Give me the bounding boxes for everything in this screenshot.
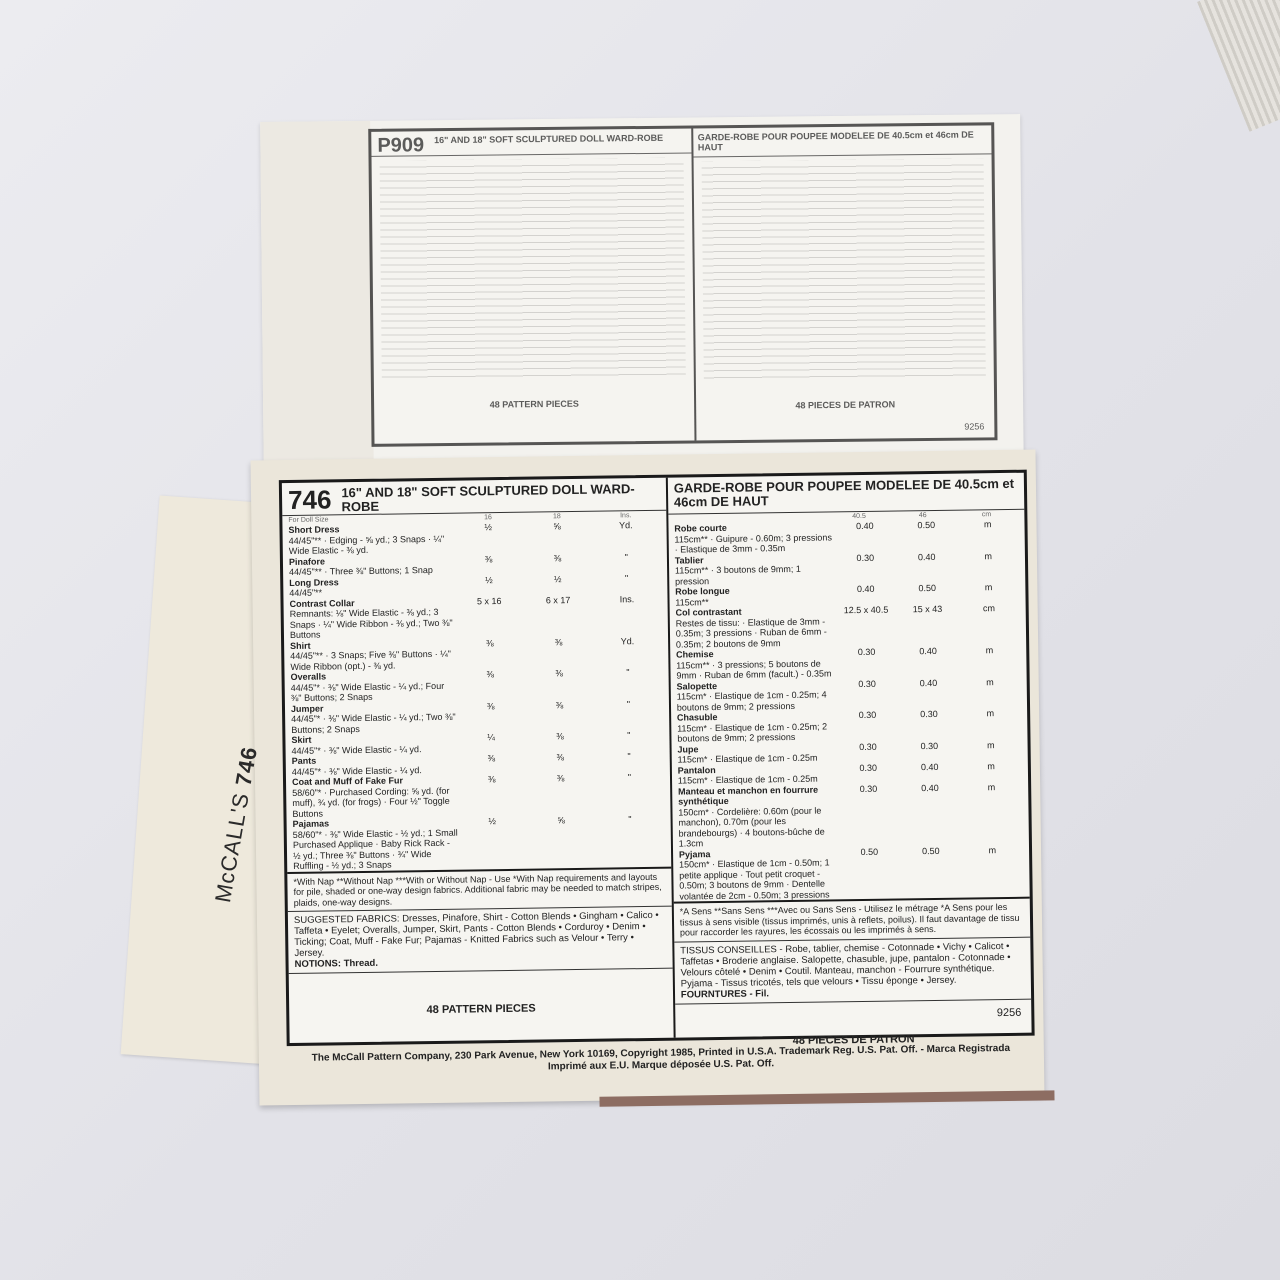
size-2-value: 15 x 43 xyxy=(897,604,959,647)
back-blurred-rows xyxy=(380,158,687,381)
yardage-row: Col contrastantRestes de tissu: · Elasti… xyxy=(675,603,1020,650)
size-1-value: ¼ xyxy=(457,732,526,754)
row-description: Robe courte115cm** · Guipure - 0.60m; 3 … xyxy=(674,521,834,555)
fr-header-46: 46 xyxy=(891,512,955,520)
size-1-value: ⅜ xyxy=(457,774,526,817)
fr-header-40-5: 40.5 xyxy=(827,513,891,521)
back-french-pieces: 48 PIECES DE PATRON xyxy=(696,398,994,411)
suggested-fabrics: SUGGESTED FABRICS: Dresses, Pinafore, Sh… xyxy=(288,906,673,974)
french-yardage-rows: Robe courte115cm** · Guipure - 0.60m; 3 … xyxy=(668,519,1029,902)
fr-header-unit: cm xyxy=(955,511,1019,519)
yardage-row: Shirt44/45"** · 3 Snaps; Five ⅜" Buttons… xyxy=(290,635,662,672)
envelope-flap xyxy=(260,121,374,472)
garment-detail: 150cm* · Elastique de 1cm - 0.50m; 1 pet… xyxy=(679,857,830,901)
nap-notes: *With Nap **Without Nap ***With or Witho… xyxy=(287,866,671,911)
back-instruction-sheet: P909 16" AND 18" SOFT SCULPTURED DOLL WA… xyxy=(368,122,997,447)
size-1-value: 12.5 x 40.5 xyxy=(835,605,897,648)
garment-detail: 44/45"** · Edging - ⅝ yd.; 3 Snaps · ¼" … xyxy=(289,533,445,556)
suggested-fabrics-text: SUGGESTED FABRICS: Dresses, Pinafore, Sh… xyxy=(294,910,659,959)
garment-detail: Restes de tissu: · Elastique de 3mm - 0.… xyxy=(676,616,827,649)
size-2-value: 0.40 xyxy=(899,782,961,846)
row-description: Manteau et manchon en fourrure synthétiq… xyxy=(678,784,839,849)
unit: Yd. xyxy=(591,520,660,552)
row-description: Pinafore44/45"** · Three ⅜" Buttons; 1 S… xyxy=(289,554,455,577)
yardage-row: Robe courte115cm** · Guipure - 0.60m; 3 … xyxy=(674,519,1019,555)
row-description: Salopette115cm* · Elastique de 1cm - 0.2… xyxy=(676,679,836,713)
french-notions: FOURNTURES - Fil. xyxy=(681,988,769,1000)
row-description: Contrast CollarRemnants: ⅛" Wide Elastic… xyxy=(289,596,455,640)
english-column: 746 16" AND 18" SOFT SCULPTURED DOLL WAR… xyxy=(282,478,676,1043)
front-pattern-envelope: 746 16" AND 18" SOFT SCULPTURED DOLL WAR… xyxy=(251,450,1045,1106)
size-2-value: 0.40 xyxy=(897,646,959,678)
row-description: Chasuble115cm* · Elastique de 1cm - 0.25… xyxy=(677,710,837,744)
row-description: Pyjama150cm* · Elastique de 1cm - 0.50m;… xyxy=(679,847,839,902)
size-2-value: ⅜ xyxy=(526,752,595,774)
unit: " xyxy=(594,698,663,730)
garment-detail: 44/45"* · ⅜" Wide Elastic - ¼ yd.; Four … xyxy=(291,680,445,703)
pattern-title: 16" AND 18" SOFT SCULPTURED DOLL WARD-RO… xyxy=(341,482,660,514)
garment-detail: 115cm* · Elastique de 1cm - 0.25m; 2 bou… xyxy=(677,721,827,744)
size-2-value: 0.50 xyxy=(895,520,957,552)
row-description: Long Dress44/45"** xyxy=(289,575,455,598)
yardage-row: Chasuble115cm* · Elastique de 1cm - 0.25… xyxy=(677,708,1022,744)
garment-detail: 44/45"* · ⅜" Wide Elastic - ¼ yd.; Two ⅜… xyxy=(291,712,456,735)
unit: Ins. xyxy=(592,593,661,636)
yardage-row: Pajamas58/60"* · ⅜" Wide Elastic - ½ yd.… xyxy=(293,814,666,872)
pattern-header: 746 16" AND 18" SOFT SCULPTURED DOLL WAR… xyxy=(282,478,666,516)
size-1-value: 0.50 xyxy=(839,846,901,899)
size-1-value: 5 x 16 xyxy=(455,595,524,638)
size-1-value: 0.30 xyxy=(837,762,899,784)
header-18: 18 xyxy=(522,513,591,521)
row-description: Jumper44/45"* · ⅜" Wide Elastic - ¼ yd.;… xyxy=(291,701,457,735)
back-english-column: P909 16" AND 18" SOFT SCULPTURED DOLL WA… xyxy=(371,128,697,443)
row-description: Chemise115cm** · 3 pressions; 5 boutons … xyxy=(676,647,836,681)
row-description: Short Dress44/45"** · Edging - ⅝ yd.; 3 … xyxy=(288,523,454,557)
size-1-value: 0.30 xyxy=(837,709,899,741)
size-2-value: 0.40 xyxy=(899,761,961,783)
row-description: Pajamas58/60"* · ⅜" Wide Elastic - ½ yd.… xyxy=(293,817,459,872)
notions: NOTIONS: Thread. xyxy=(294,958,378,970)
size-2-value: ⅝ xyxy=(523,521,592,553)
yardage-row: Pyjama150cm* · Elastique de 1cm - 0.50m;… xyxy=(679,844,1024,901)
size-2-value: ⅜ xyxy=(525,731,594,753)
unit: " xyxy=(592,572,661,594)
unit: Yd. xyxy=(593,635,662,667)
back-code: 9256 xyxy=(964,421,984,431)
row-description: Jupe115cm* · Elastique de 1cm - 0.25m xyxy=(677,742,837,765)
size-2-value: ⅜ xyxy=(526,773,595,816)
back-pattern-number: P909 xyxy=(377,135,424,155)
size-1-value: 0.30 xyxy=(838,783,900,847)
size-1-value: ½ xyxy=(458,816,528,869)
back-french-title: GARDE-ROBE POUR POUPEE MODELEE DE 40.5cm… xyxy=(694,125,992,157)
size-2-value: 0.50 xyxy=(900,845,962,898)
size-1-value: ⅜ xyxy=(456,700,525,732)
size-2-value: 0.30 xyxy=(898,709,960,741)
header-16: 16 xyxy=(454,514,523,522)
size-1-value: ⅜ xyxy=(455,637,524,669)
unit: m xyxy=(960,760,1022,782)
garment-detail: 150cm* · Cordelière: 0.60m (pour le manc… xyxy=(678,805,825,848)
garment-detail: 58/60"* · Purchased Cording: ⅝ yd. (for … xyxy=(292,785,450,818)
yardage-row: Short Dress44/45"** · Edging - ⅝ yd.; 3 … xyxy=(288,520,660,557)
pattern-code: 9256 xyxy=(997,1007,1022,1019)
size-2-value: ⅜ xyxy=(524,636,593,668)
unit: " xyxy=(592,551,661,573)
size-1-value: ⅜ xyxy=(457,753,526,775)
unit: m xyxy=(957,550,1019,582)
row-description: Overalls44/45"* · ⅜" Wide Elastic - ¼ yd… xyxy=(290,670,456,704)
pattern-number: 746 xyxy=(288,486,332,513)
garment-name: Manteau et manchon en fourrure synthétiq… xyxy=(678,784,838,807)
pattern-pieces: 48 PATTERN PIECES xyxy=(289,1001,673,1018)
yardage-row: Salopette115cm* · Elastique de 1cm - 0.2… xyxy=(676,676,1021,712)
size-2-value: ½ xyxy=(523,573,592,595)
garment-name: Long Dress xyxy=(289,575,454,588)
unit: " xyxy=(593,667,662,699)
size-2-value: 0.50 xyxy=(896,583,958,605)
garment-detail: 115cm** · 3 pressions; 5 boutons de 9mm … xyxy=(676,658,831,681)
yardage-row: Tablier115cm** · 3 boutons de 9mm; 1 pre… xyxy=(675,550,1020,586)
size-1-value: 0.30 xyxy=(834,552,896,584)
unit: cm xyxy=(958,603,1020,646)
row-description: Col contrastantRestes de tissu: · Elasti… xyxy=(675,605,835,649)
garment-detail: Remnants: ⅛" Wide Elastic - ⅜ yd.; 3 Sna… xyxy=(290,607,453,640)
size-2-value: 0.40 xyxy=(896,551,958,583)
back-french-blurred-rows xyxy=(702,158,986,381)
row-description: Pantalon115cm* · Elastique de 1cm - 0.25… xyxy=(678,763,838,786)
french-fabrics-text: TISSUS CONSEILLES - Robe, tablier, chemi… xyxy=(680,940,1011,989)
front-instruction-sheet: 746 16" AND 18" SOFT SCULPTURED DOLL WAR… xyxy=(279,470,1035,1046)
row-description: Pants44/45"* · ⅜" Wide Elastic - ¼ yd. xyxy=(292,754,458,777)
size-1-value: ½ xyxy=(454,574,523,596)
unit: m xyxy=(961,781,1023,845)
size-2-value: ⅜ xyxy=(523,552,592,574)
garment-detail: 115cm** · Guipure - 0.60m; 3 pressions ·… xyxy=(674,532,832,555)
size-1-value: ⅜ xyxy=(454,553,523,575)
size-2-value: 0.40 xyxy=(898,677,960,709)
size-1-value: 0.30 xyxy=(837,741,899,763)
row-description: Skirt44/45"* · ⅜" Wide Elastic - ¼ yd. xyxy=(291,733,457,756)
row-description: Coat and Muff of Fake Fur58/60"* · Purch… xyxy=(292,775,458,819)
unit: m xyxy=(958,582,1020,604)
back-title: 16" AND 18" SOFT SCULPTURED DOLL WARD-RO… xyxy=(434,133,663,145)
garment-name: Robe longue xyxy=(675,584,835,597)
yardage-row: Manteau et manchon en fourrure synthétiq… xyxy=(678,781,1023,849)
yardage-row: Overalls44/45"* · ⅜" Wide Elastic - ¼ yd… xyxy=(290,667,662,704)
size-1-value: 0.40 xyxy=(834,521,896,553)
row-description: Shirt44/45"** · 3 Snaps; Five ⅜" Buttons… xyxy=(290,638,456,672)
back-pattern-envelope: P909 16" AND 18" SOFT SCULPTURED DOLL WA… xyxy=(260,114,1024,482)
yardage-row: Coat and Muff of Fake Fur58/60"* · Purch… xyxy=(292,772,664,819)
yardage-row: Jumper44/45"* · ⅜" Wide Elastic - ¼ yd.;… xyxy=(291,698,663,735)
size-1-value: 0.30 xyxy=(836,647,898,679)
publisher-footer: The McCall Pattern Company, 230 Park Ave… xyxy=(290,1043,1032,1077)
size-2-value: 0.30 xyxy=(899,740,961,762)
size-2-value: ⅜ xyxy=(525,699,594,731)
yardage-row: Chemise115cm** · 3 pressions; 5 boutons … xyxy=(676,645,1021,681)
garment-detail: 44/45"** xyxy=(289,588,322,598)
brand-pattern-number: 746 xyxy=(231,744,263,787)
unit: " xyxy=(594,730,663,752)
unit: " xyxy=(595,772,664,815)
garment-detail: 115cm** xyxy=(675,597,708,607)
row-description: Tablier115cm** · 3 boutons de 9mm; 1 pre… xyxy=(675,553,835,587)
unit: m xyxy=(959,676,1021,708)
unit: m xyxy=(959,645,1021,677)
unit: m xyxy=(960,708,1022,740)
french-title: GARDE-ROBE POUR POUPEE MODELEE DE 40.5cm… xyxy=(668,473,1025,515)
size-1-value: 0.40 xyxy=(835,584,897,606)
size-2-value: ⅝ xyxy=(527,815,597,868)
garment-detail: 115cm* · Elastique de 1cm - 0.25m; 4 bou… xyxy=(677,689,827,712)
french-column: GARDE-ROBE POUR POUPEE MODELEE DE 40.5cm… xyxy=(668,473,1032,1038)
unit: " xyxy=(595,814,665,867)
back-french-column: GARDE-ROBE POUR POUPEE MODELEE DE 40.5cm… xyxy=(694,125,995,440)
size-1-value: 0.30 xyxy=(836,678,898,710)
size-1-value: ⅜ xyxy=(456,669,525,701)
size-2-value: ⅜ xyxy=(525,668,594,700)
back-pattern-pieces: 48 PATTERN PIECES xyxy=(374,397,694,410)
row-description: Robe longue115cm** xyxy=(675,584,835,607)
size-2-value: 6 x 17 xyxy=(524,594,593,637)
unit: " xyxy=(595,751,664,773)
back-header: P909 16" AND 18" SOFT SCULPTURED DOLL WA… xyxy=(371,128,692,156)
garment-detail: 44/45"** · 3 Snaps; Five ⅜" Buttons · ¼"… xyxy=(290,649,451,672)
garment-detail: 115cm** · 3 boutons de 9mm; 1 pression xyxy=(675,564,801,586)
unit: m xyxy=(957,519,1019,551)
yardage-rows: Short Dress44/45"** · Edging - ⅝ yd.; 3 … xyxy=(282,520,671,872)
garment-detail: 58/60"* · ⅜" Wide Elastic - ½ yd.; 1 Sma… xyxy=(293,827,458,871)
header-unit: Ins. xyxy=(591,512,660,520)
size-1-value: ½ xyxy=(454,522,523,554)
yardage-row: Contrast CollarRemnants: ⅛" Wide Elastic… xyxy=(289,593,661,640)
unit: m xyxy=(961,844,1023,897)
french-fabrics: TISSUS CONSEILLES - Robe, tablier, chemi… xyxy=(674,936,1031,1004)
french-nap-notes: *A Sens **Sans Sens ***Avec ou Sans Sens… xyxy=(674,897,1031,941)
unit: m xyxy=(960,739,1022,761)
